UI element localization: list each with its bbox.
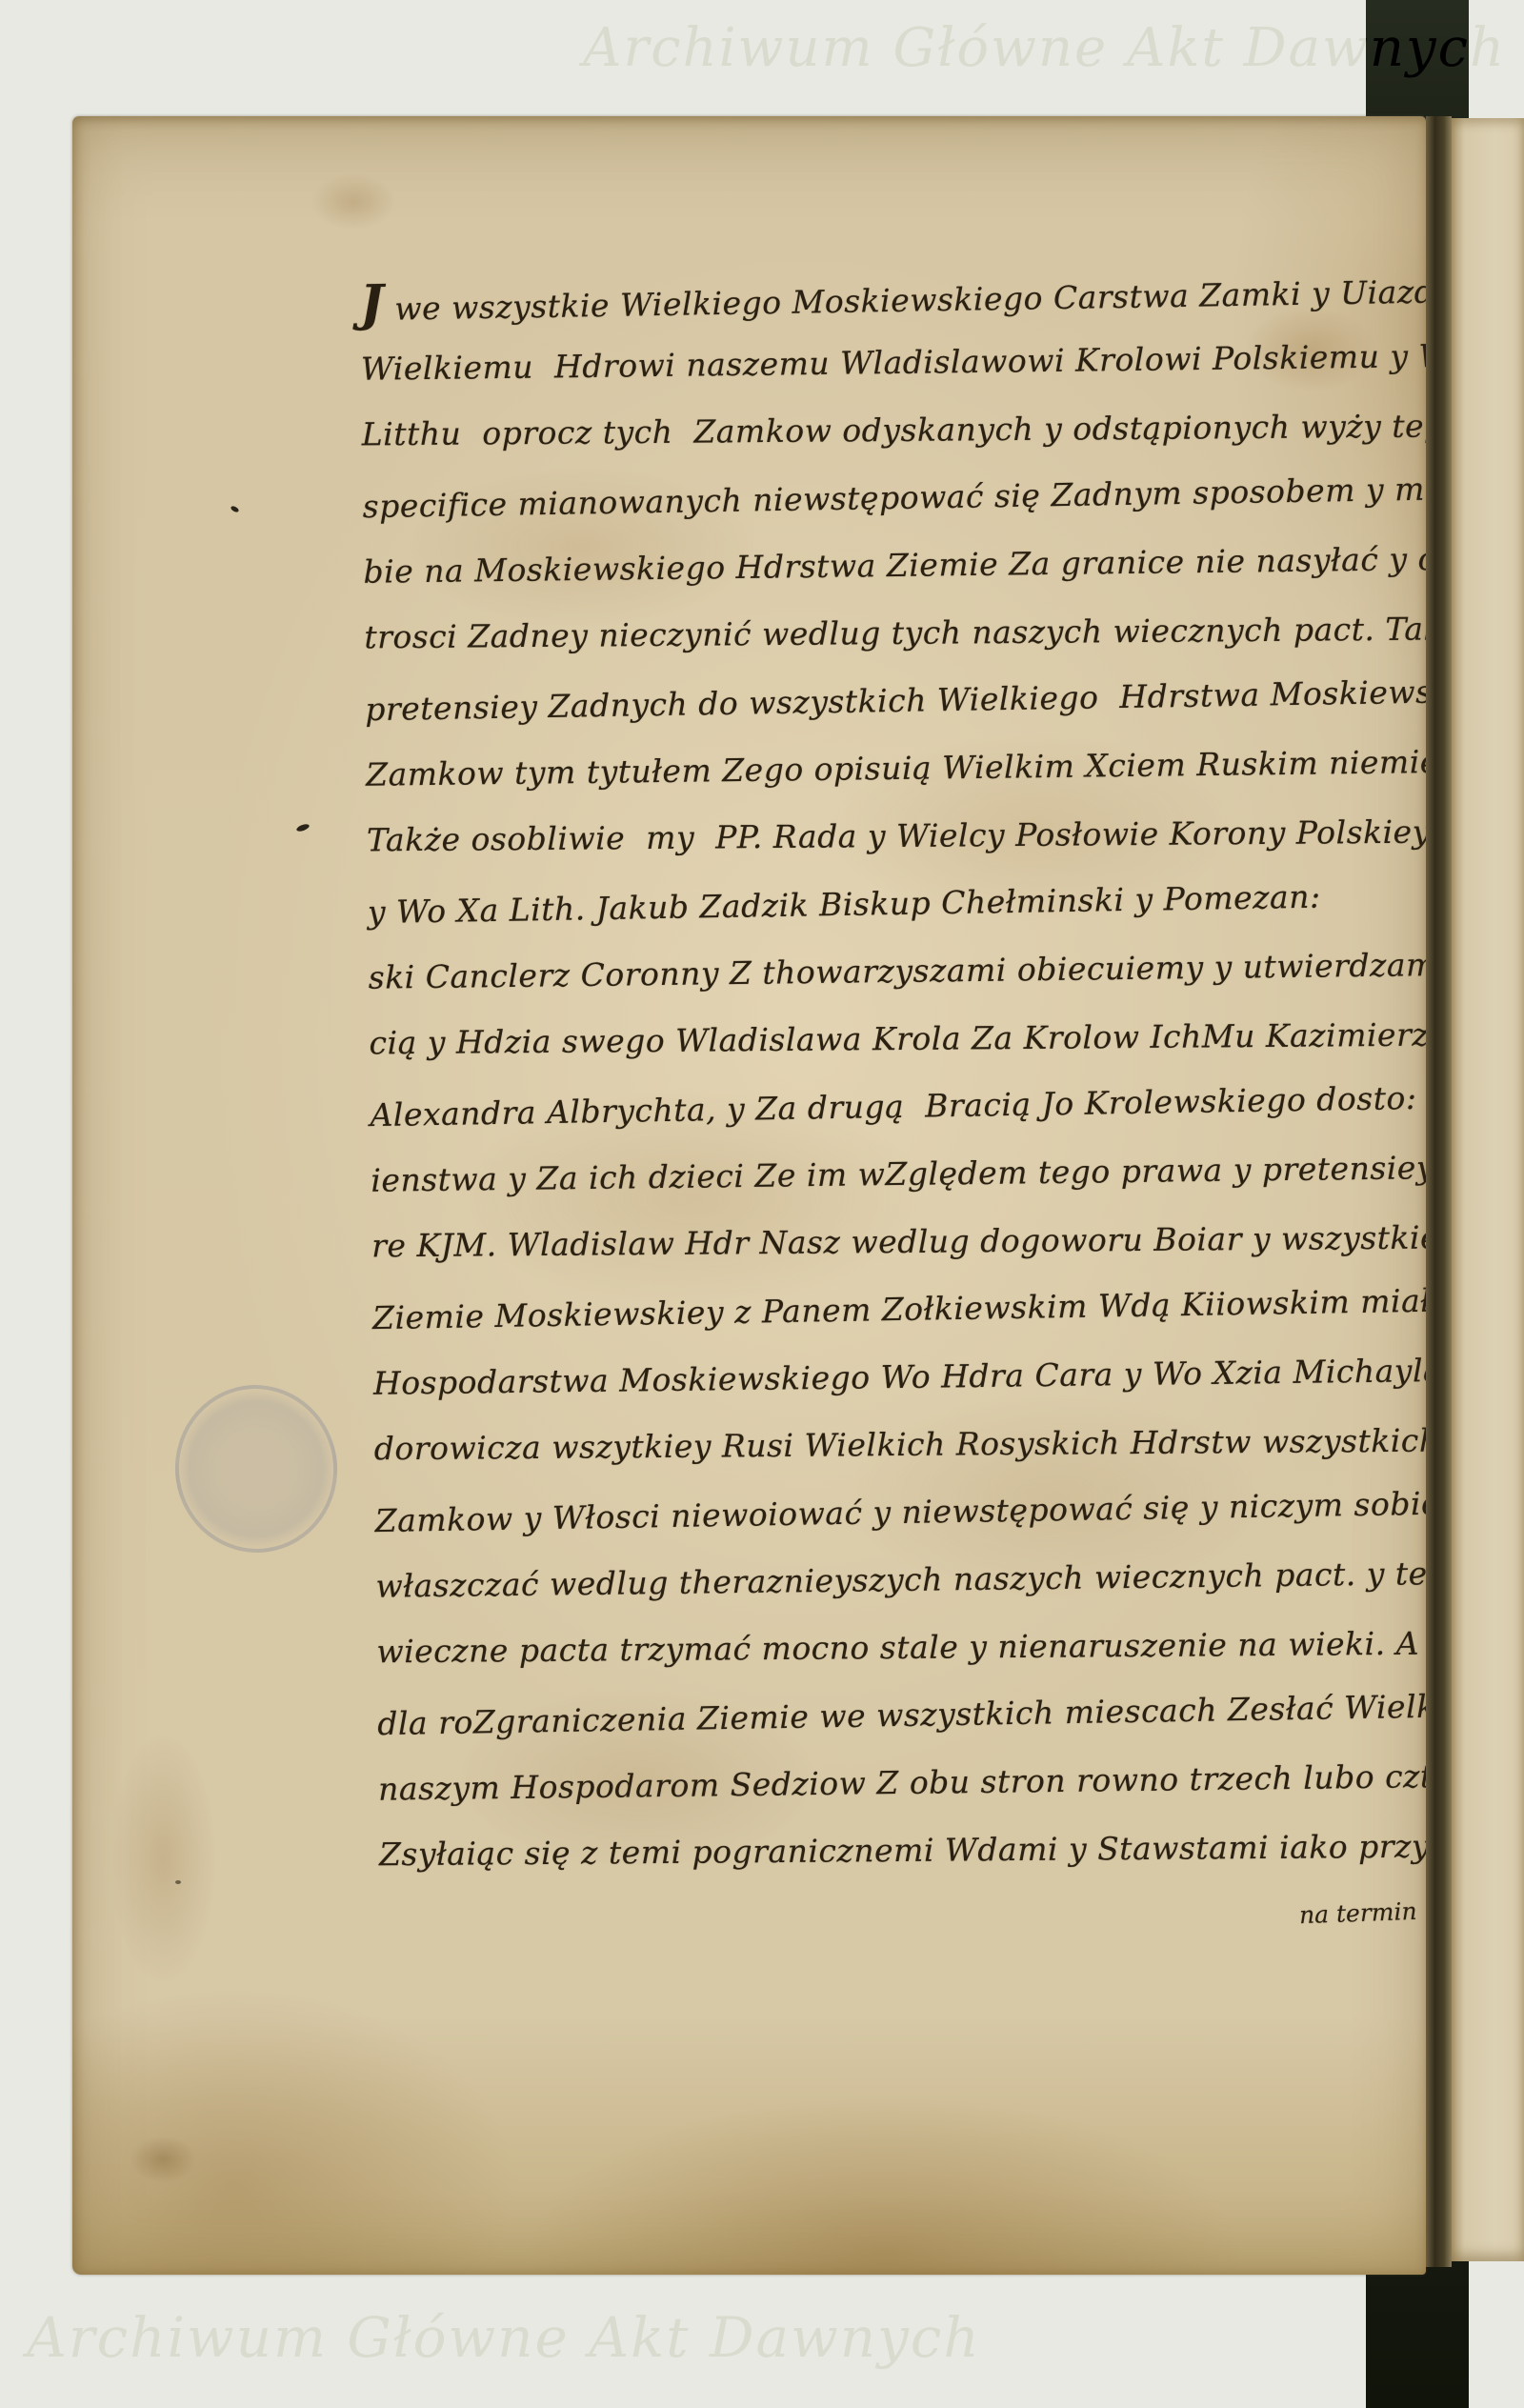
paper-stain [130, 2136, 196, 2183]
scan-background: { "archive": { "watermark_top": "Archiwu… [0, 0, 1524, 2408]
facing-page-edge [1452, 118, 1524, 2261]
paper-stain [110, 1736, 215, 1983]
archive-watermark-top: Archiwum Główne Akt Dawnych [583, 17, 1506, 79]
manuscript-line: bie na Moskiewskiego Hdrstwa Ziemie Za g… [363, 525, 1416, 605]
manuscript-line: ienstwa y Za ich dzieci Ze im wZględem t… [371, 1134, 1424, 1214]
paper-stain [311, 173, 396, 231]
book-gutter [1426, 116, 1452, 2267]
manuscript-line: cią y Hdzia swego Wladislawa Krola Za Kr… [369, 1001, 1422, 1077]
manuscript-line: naszym Hospodarom Sedziow Z obu stron ro… [378, 1742, 1432, 1822]
manuscript-line: Hospodarstwa Moskiewskiego Wo Hdra Cara … [373, 1336, 1427, 1416]
manuscript-line: re KJM. Wladislaw Hdr Nasz wedlug dogowo… [371, 1204, 1425, 1280]
manuscript-line: wieczne pacta trzymać mocno stale y nien… [376, 1610, 1430, 1686]
manuscript-line: Zamkow tym tytułem Zego opisuią Wielkim … [366, 728, 1419, 808]
manuscript-line: Wielkiemu Hdrowi naszemu Wladislawowi Kr… [360, 322, 1414, 402]
manuscript-line: Także osobliwie my PP. Rada y Wielcy Pos… [367, 798, 1420, 874]
archive-round-stamp [165, 1375, 349, 1563]
manuscript-line: ski Canclerz Coronny Z thowarzyszami obi… [368, 931, 1421, 1011]
ink-speck [175, 1880, 181, 1884]
manuscript-text: J we wszystkie Wielkiego Moskiewskiego C… [360, 254, 1433, 1890]
archive-watermark-bottom: Archiwum Główne Akt Dawnych [27, 2305, 981, 2370]
manuscript-page: J we wszystkie Wielkiego Moskiewskiego C… [72, 116, 1426, 2275]
manuscript-line: właszczać wedlug theraznieyszych naszych… [375, 1539, 1429, 1619]
ink-speck [295, 823, 310, 833]
ink-speck [230, 505, 239, 513]
manuscript-line: dorowicza wszytkiey Rusi Wielkich Rosysk… [374, 1407, 1428, 1483]
manuscript-line: Litthu oprocz tych Zamkow odyskanych y o… [361, 392, 1414, 469]
manuscript-line: trosci Zadney nieczynić wedlug tych nasz… [364, 595, 1417, 672]
manuscript-line: Zsyłaiąc się z temi pogranicznemi Wdami … [379, 1813, 1433, 1889]
catchword-note: na termin [1299, 1897, 1417, 1929]
